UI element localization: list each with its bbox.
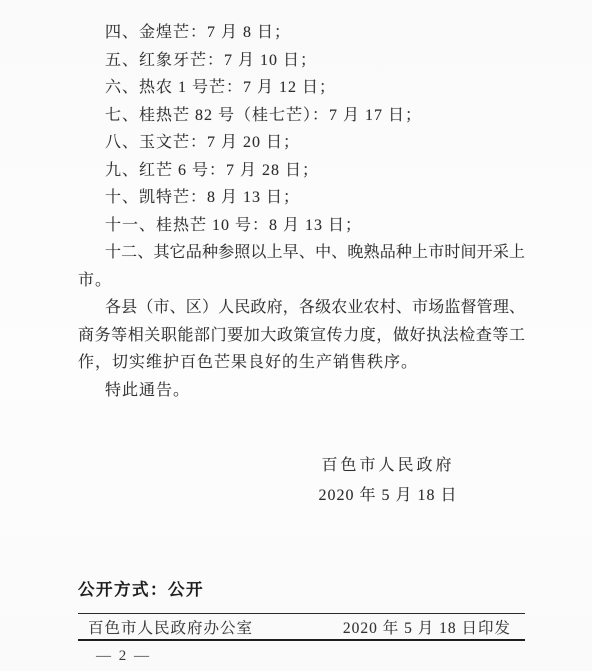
page-number: — 2 — [96, 648, 151, 665]
paragraph-line-2: 商务等相关职能部门要加大政策宣传力度，做好执法检查等工 [78, 322, 525, 350]
footer-rule-top [78, 613, 525, 614]
document-page: 四、金煌芒：7 月 8 日； 五、红象牙芒：7 月 10 日； 六、热农 1 号… [0, 0, 592, 671]
closing-line: 特此通告。 [78, 377, 525, 405]
issuing-office: 百色市人民政府办公室 [88, 616, 253, 638]
list-item-10: 十、凯特芒：8 月 13 日； [78, 184, 525, 212]
list-item-5: 五、红象牙芒：7 月 10 日； [78, 47, 525, 75]
signature-block: 百色市人民政府 2020 年 5 月 18 日 [288, 451, 488, 511]
paragraph-line-3: 作，切实维护百色芒果良好的生产销售秩序。 [78, 349, 525, 377]
signature-date: 2020 年 5 月 18 日 [288, 481, 488, 511]
list-item-12-line-1: 十二、其它品种参照以上早、中、晚熟品种上市时间开采上 [78, 239, 525, 267]
notice-body: 四、金煌芒：7 月 8 日； 五、红象牙芒：7 月 10 日； 六、热农 1 号… [78, 19, 525, 404]
paragraph-line-1: 各县（市、区）人民政府，各级农业农村、市场监督管理、 [78, 294, 525, 322]
list-item-9: 九、红芒 6 号：7 月 28 日； [78, 157, 525, 185]
footer-row: 百色市人民政府办公室 2020 年 5 月 18 日印发 [78, 616, 525, 638]
publish-method-line: 公开方式：公开 [78, 576, 204, 600]
footer-rule-bottom [78, 639, 525, 641]
publish-method-value: 公开 [168, 580, 204, 599]
list-item-7: 七、桂热芒 82 号（桂七芒）：7 月 17 日； [78, 102, 525, 130]
list-item-4: 四、金煌芒：7 月 8 日； [78, 19, 525, 47]
list-item-12-line-2: 市。 [78, 267, 525, 295]
signature-organization: 百色市人民政府 [288, 451, 488, 481]
list-item-8: 八、玉文芒：7 月 20 日； [78, 129, 525, 157]
list-item-11: 十一、桂热芒 10 号：8 月 13 日； [78, 212, 525, 240]
list-item-6: 六、热农 1 号芒：7 月 12 日； [78, 74, 525, 102]
publish-method-label: 公开方式： [78, 580, 168, 599]
print-date: 2020 年 5 月 18 日印发 [343, 616, 511, 638]
